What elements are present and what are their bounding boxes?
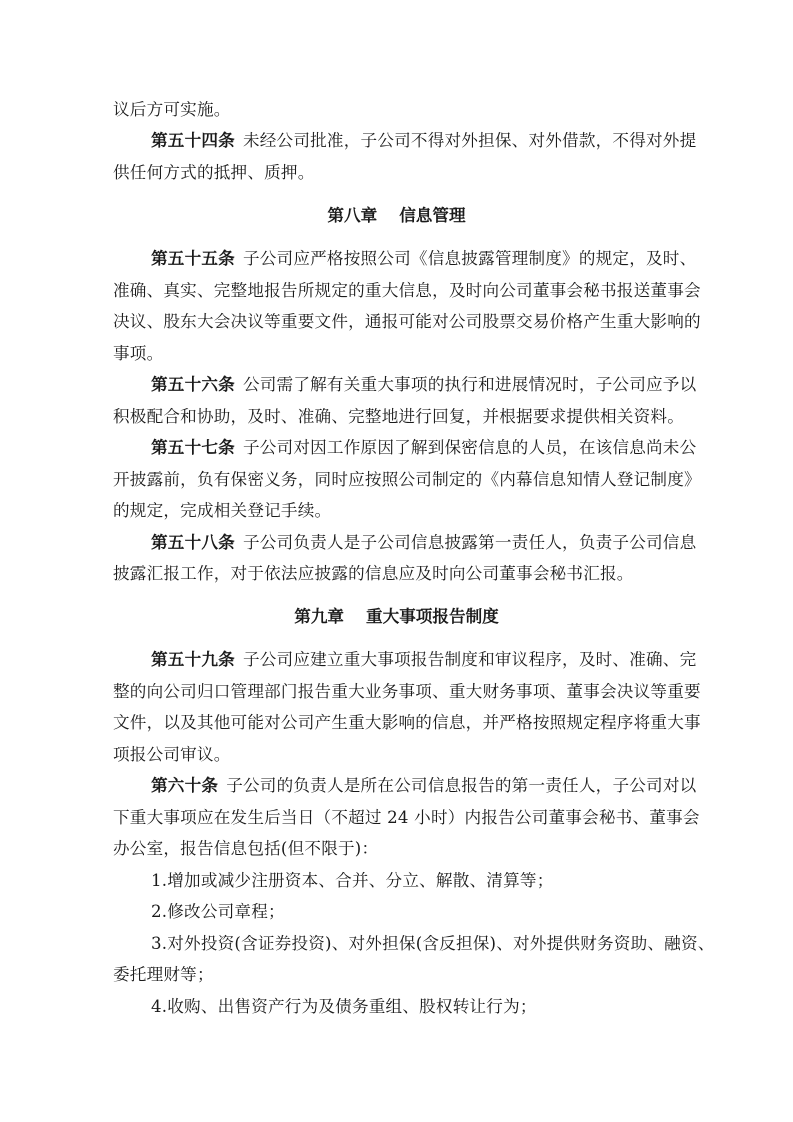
paragraph-line: 决议、股东大会决议等重要文件，通报可能对公司股票交易价格产生重大影响的 bbox=[113, 312, 673, 332]
article-59: 第五十九条子公司应建立重大事项报告制度和审议程序，及时、准确、完 bbox=[151, 650, 673, 670]
list-item-2: 2.修改公司章程； bbox=[151, 902, 673, 922]
paragraph-line: 事项。 bbox=[113, 344, 673, 364]
paragraph-line: 准确、真实、完整地报告所规定的重大信息，及时向公司董事会秘书报送董事会 bbox=[113, 281, 673, 301]
paragraph-line: 项报公司审议。 bbox=[113, 745, 673, 765]
article-number: 第五十八条 bbox=[151, 533, 235, 552]
document-page: 议后方可实施。 第五十四条未经公司批准，子公司不得对外担保、对外借款，不得对外提… bbox=[0, 0, 793, 1122]
chapter-heading: 第九章重大事项报告制度 bbox=[0, 607, 793, 627]
article-text: 子公司应严格按照公司《信息披露管理制度》的规定，及时、 bbox=[243, 249, 696, 268]
chapter-title: 重大事项报告制度 bbox=[366, 607, 499, 626]
paragraph-line: 文件，以及其他可能对公司产生重大影响的信息，并严格按照规定程序将重大事 bbox=[113, 713, 673, 733]
article-text: 公司需了解有关重大事项的执行和进展情况时，子公司应予以 bbox=[243, 375, 696, 394]
article-number: 第五十九条 bbox=[151, 650, 235, 669]
paragraph-line: 办公室，报告信息包括(但不限于)： bbox=[113, 839, 673, 859]
paragraph-line: 开披露前，负有保密义务，同时应按照公司制定的《内幕信息知情人登记制度》 bbox=[113, 470, 673, 490]
article-56: 第五十六条公司需了解有关重大事项的执行和进展情况时，子公司应予以 bbox=[151, 375, 673, 395]
article-text: 子公司的负责人是所在公司信息报告的第一责任人，子公司对以 bbox=[226, 776, 696, 795]
chapter-number: 第八章 bbox=[327, 206, 377, 225]
list-item-1: 1.增加或减少注册资本、合并、分立、解散、清算等； bbox=[151, 871, 673, 891]
article-text: 子公司对因工作原因了解到保密信息的人员，在该信息尚未公 bbox=[243, 438, 696, 457]
paragraph-line: 披露汇报工作，对于依法应披露的信息应及时向公司董事会秘书汇报。 bbox=[113, 564, 673, 584]
article-number: 第五十六条 bbox=[151, 375, 235, 394]
article-number: 第五十四条 bbox=[151, 131, 235, 150]
article-55: 第五十五条子公司应严格按照公司《信息披露管理制度》的规定，及时、 bbox=[151, 249, 673, 269]
paragraph-line: 供任何方式的抵押、质押。 bbox=[113, 163, 673, 183]
chapter-title: 信息管理 bbox=[399, 206, 465, 225]
article-number: 第五十五条 bbox=[151, 249, 235, 268]
article-57: 第五十七条子公司对因工作原因了解到保密信息的人员，在该信息尚未公 bbox=[151, 438, 673, 458]
article-text: 子公司负责人是子公司信息披露第一责任人，负责子公司信息 bbox=[243, 533, 696, 552]
paragraph-line: 下重大事项应在发生后当日（不超过 24 小时）内报告公司董事会秘书、董事会 bbox=[113, 808, 673, 828]
article-54: 第五十四条未经公司批准，子公司不得对外担保、对外借款，不得对外提 bbox=[151, 131, 673, 151]
list-item-3: 3.对外投资(含证券投资)、对外担保(含反担保)、对外提供财务资助、融资、 bbox=[151, 934, 673, 954]
paragraph-line: 积极配合和协助，及时、准确、完整地进行回复，并根据要求提供相关资料。 bbox=[113, 407, 673, 427]
paragraph-line: 的规定，完成相关登记手续。 bbox=[113, 501, 673, 521]
article-text: 子公司应建立重大事项报告制度和审议程序，及时、准确、完 bbox=[243, 650, 696, 669]
article-number: 第六十条 bbox=[151, 776, 218, 795]
paragraph-line: 议后方可实施。 bbox=[113, 100, 673, 120]
article-number: 第五十七条 bbox=[151, 438, 235, 457]
list-item-3-continued: 委托理财等； bbox=[113, 965, 673, 985]
article-60: 第六十条子公司的负责人是所在公司信息报告的第一责任人，子公司对以 bbox=[151, 776, 673, 796]
chapter-number: 第九章 bbox=[294, 607, 344, 626]
article-text: 未经公司批准，子公司不得对外担保、对外借款，不得对外提 bbox=[243, 131, 696, 150]
paragraph-line: 整的向公司归口管理部门报告重大业务事项、重大财务事项、董事会决议等重要 bbox=[113, 682, 673, 702]
list-item-4: 4.收购、出售资产行为及债务重组、股权转让行为； bbox=[151, 997, 673, 1017]
chapter-heading: 第八章信息管理 bbox=[0, 206, 793, 226]
article-58: 第五十八条子公司负责人是子公司信息披露第一责任人，负责子公司信息 bbox=[151, 533, 673, 553]
